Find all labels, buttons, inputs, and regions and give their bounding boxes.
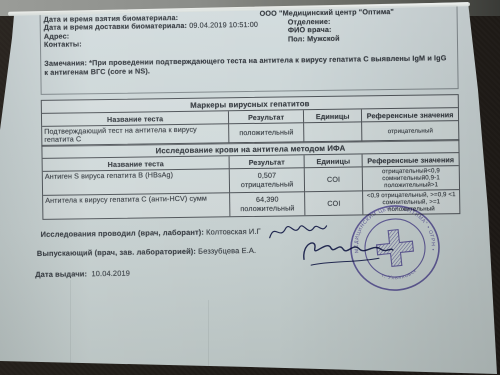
result-flag: положительный xyxy=(232,204,302,213)
issue-date-value: 10.04.2019 xyxy=(91,269,130,279)
result-value: 0,507 xyxy=(232,172,302,181)
result-flag: отрицательный xyxy=(232,180,302,189)
header-box xyxy=(40,5,459,95)
department-label: Отделение: xyxy=(288,17,331,27)
photo-background: Дата и время взятия биоматериала: Дата и… xyxy=(0,0,500,375)
units-value: COI xyxy=(305,167,364,192)
test-name: Антиген S вируса гепатита B (HBsAg) xyxy=(43,169,231,196)
header-left: Дата и время взятия биоматериала: Дата и… xyxy=(44,13,259,49)
doctor-name-label: ФИО врача: xyxy=(288,25,332,35)
document-paper: Дата и время взятия биоматериала: Дата и… xyxy=(0,0,500,375)
issue-date-line: Дата выдачи: 10.04.2019 xyxy=(35,269,130,279)
table-title: Исследование крови на антитела методом И… xyxy=(42,140,458,159)
col-header-result: Результат xyxy=(230,155,305,169)
table-row: Подтверждающий тест на антитела к вирусу… xyxy=(42,121,458,146)
table-header-row: Название теста Результат Единицы Референ… xyxy=(43,153,459,172)
test-name: Подтверждающий тест на антитела к вирусу… xyxy=(42,124,229,146)
table-header-row: Название теста Результат Единицы Референ… xyxy=(42,108,458,127)
result-flag: положительный xyxy=(231,129,301,138)
table-row: Антиген S вируса гепатита B (HBsAg) 0,50… xyxy=(43,166,459,196)
technician-signature xyxy=(266,218,328,245)
address-label: Адрес: xyxy=(44,31,70,40)
issuing-doctor-label: Выпускающий (врач, зав. лабораторией): xyxy=(37,247,196,258)
reference-value: отрицательный<0,9 сомнительный0,9-1 поло… xyxy=(363,166,459,191)
biomaterial-delivery-label: Дата и время доставки биоматериала: xyxy=(44,21,187,32)
result-value: 64,390 xyxy=(232,196,302,205)
col-header-reference: Референсные значения xyxy=(362,108,458,122)
contacts-label: Контакты: xyxy=(44,39,82,49)
reference-value: отрицательный xyxy=(362,121,458,141)
table-hepatitis-markers: Маркеры вирусных гепатитов Название тест… xyxy=(41,94,460,147)
clinic-stamp: МЕДИЦИНСКИЙ ЦЕНТР "ОПТИМА" • ОГРН • г. У… xyxy=(345,202,445,294)
lab-technician-line: Исследования проводил (врач, лаборант): … xyxy=(41,227,261,239)
table-title: Маркеры вирусных гепатитов xyxy=(42,95,458,114)
test-name: Антитела к вирусу гепатита С (анти-HCV) … xyxy=(43,193,230,219)
lab-technician-label: Исследования проводил (врач, лаборант): xyxy=(41,228,204,239)
col-header-units: Единицы xyxy=(305,154,363,168)
lab-technician-name: Колтовская И.Г xyxy=(206,227,261,237)
document-content: Дата и время взятия биоматериала: Дата и… xyxy=(0,0,500,375)
issue-date-label: Дата выдачи: xyxy=(35,269,87,279)
paper-crease xyxy=(208,300,209,368)
col-header-result: Результат xyxy=(229,110,304,124)
issuing-doctor-line: Выпускающий (врач, зав. лабораторией): Б… xyxy=(37,246,256,258)
sex-value: Мужской xyxy=(307,33,340,42)
svg-text:г. Ульяновск: г. Ульяновск xyxy=(380,267,419,283)
issuing-doctor-name: Беззубцева Е.А. xyxy=(198,246,256,256)
biomaterial-delivery-datetime: 09.04.2019 10:51:00 xyxy=(189,20,258,30)
paper-crease xyxy=(70,280,71,368)
col-header-test-name: Название теста xyxy=(43,156,230,172)
stamp-city-text: г. Ульяновск xyxy=(380,267,419,283)
stamp-cross-icon xyxy=(375,228,415,268)
col-header-units: Единицы xyxy=(304,109,362,123)
units-value xyxy=(304,122,362,142)
col-header-test-name: Название теста xyxy=(42,111,229,127)
remarks-text: Замечания: *При проведении подтверждающе… xyxy=(44,54,450,77)
col-header-reference: Референсные значения xyxy=(363,153,459,167)
sex-label: Пол: xyxy=(288,34,305,43)
